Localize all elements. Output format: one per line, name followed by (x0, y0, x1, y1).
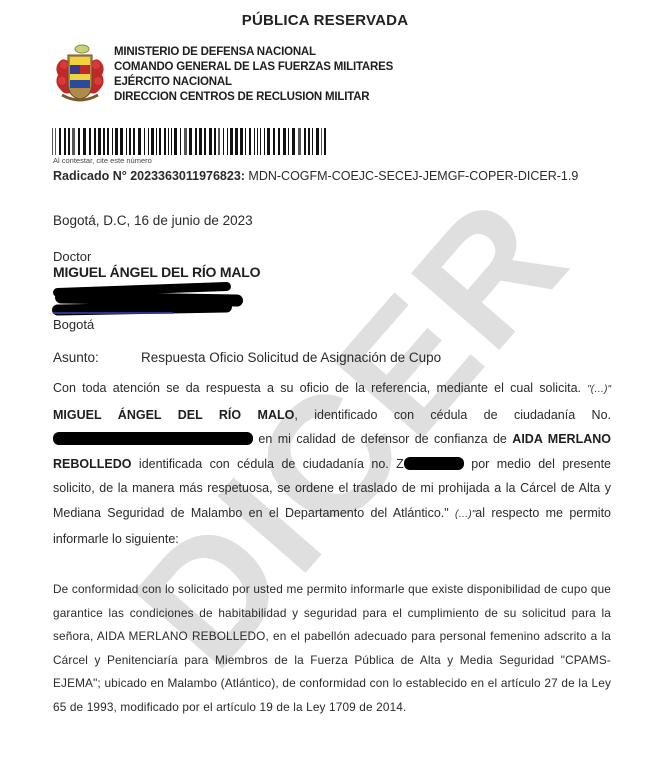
filing-number: Radicado N° 2023363011976823: MDN-COGFM-… (53, 168, 593, 185)
coat-of-arms-icon (52, 43, 108, 107)
addressee-name: MIGUEL ÁNGEL DEL RÍO MALO (53, 264, 260, 280)
quote-marker: (…)" (455, 509, 475, 520)
letterhead-line: DIRECCION CENTROS DE RECLUSION MILITAR (114, 90, 393, 105)
subject-text: Respuesta Oficio Solicitud de Asignación… (141, 350, 441, 365)
document-page: DICER PÚBLICA RESERVADA MINISTERIO DE DE… (0, 0, 650, 764)
letterhead-line: COMANDO GENERAL DE LAS FUERZAS MILITARES (114, 60, 393, 75)
filing-code: MDN-COGFM-COEJC-SECEJ-JEMGF-COPER-DICER-… (245, 169, 578, 183)
letterhead-line: MINISTERIO DE DEFENSA NACIONAL (114, 45, 393, 60)
subject-label: Asunto: (53, 350, 141, 365)
date-line: Bogotá, D.C, 16 de junio de 2023 (53, 213, 253, 228)
quote-marker: "(…)" (587, 384, 611, 395)
lawyer-name: MIGUEL ÁNGEL DEL RÍO MALO (53, 408, 294, 422)
letterhead-line: EJÉRCITO NACIONAL (114, 75, 393, 90)
barcode (52, 128, 327, 155)
redacted-id-number (404, 457, 464, 470)
addressee-title: Doctor (53, 249, 91, 264)
paragraph-response: De conformidad con lo solicitado por ust… (53, 578, 611, 719)
paragraph-text: Con toda atención se da respuesta a su o… (53, 381, 587, 395)
paragraph-text: en mi calidad de defensor de confianza d… (253, 432, 512, 446)
subject-line: Asunto:Respuesta Oficio Solicitud de Asi… (53, 350, 441, 365)
addressee-city: Bogotá (53, 317, 94, 332)
redacted-link-underline (53, 312, 173, 314)
redacted-id-number (53, 432, 253, 445)
paragraph-request-summary: Con toda atención se da respuesta a su o… (53, 376, 611, 552)
letterhead: MINISTERIO DE DEFENSA NACIONAL COMANDO G… (114, 45, 393, 105)
barcode-caption: Al contestar, cite este número (53, 156, 152, 165)
paragraph-text: , identificado con cédula de ciudadanía … (294, 408, 611, 422)
paragraph-text: identificada con cédula de ciudadanía no… (131, 457, 403, 471)
classification-header: PÚBLICA RESERVADA (0, 12, 650, 29)
filing-label: Radicado N° 2023363011976823: (53, 169, 245, 183)
